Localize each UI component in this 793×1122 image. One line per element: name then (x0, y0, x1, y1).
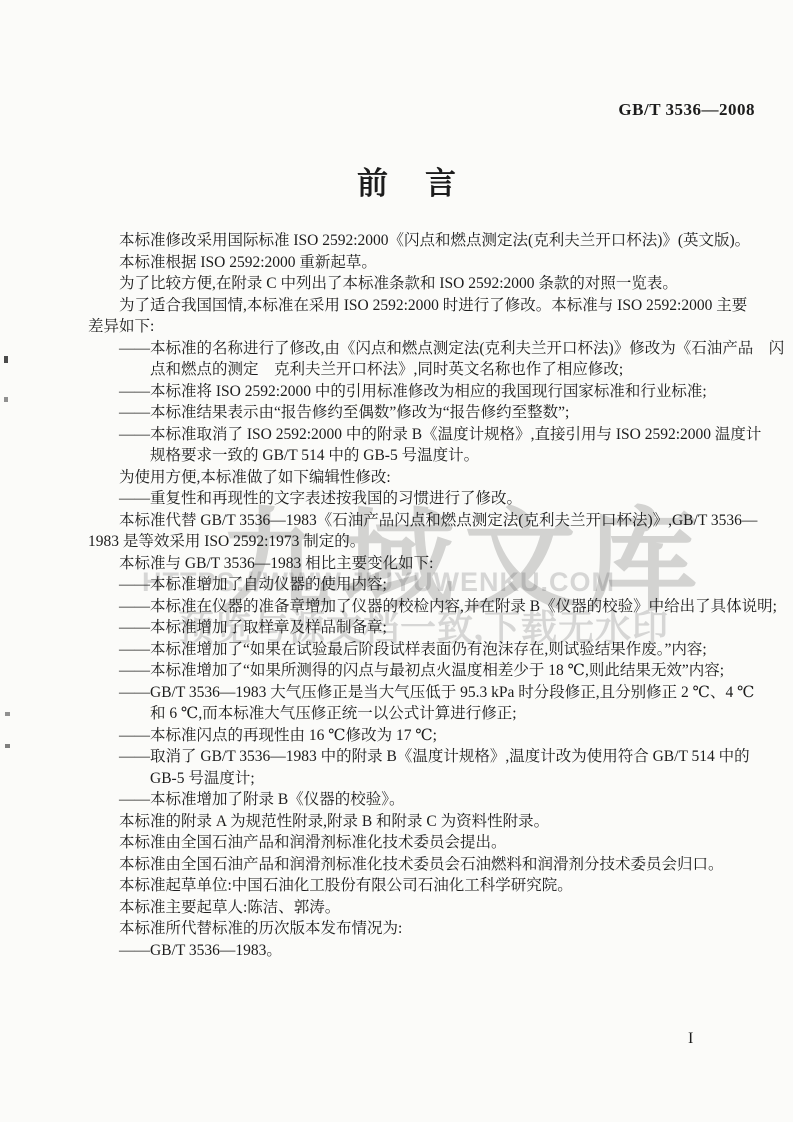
body-line: ——本标准结果表示由“报告修约至偶数”修改为“报告修约至整数”; (88, 402, 730, 424)
body-line: 本标准修改采用国际标准 ISO 2592:2000《闪点和燃点测定法(克利夫兰开… (88, 230, 730, 252)
body-line: 本标准由全国石油产品和润滑剂标准化技术委员会石油燃料和润滑剂分技术委员会归口。 (88, 854, 730, 876)
body-line: 1983 是等效采用 ISO 2592:1973 制定的。 (88, 531, 730, 553)
body-line: ——GB/T 3536—1983。 (88, 940, 730, 962)
body-line: 为了适合我国国情,本标准在采用 ISO 2592:2000 时进行了修改。本标准… (88, 295, 730, 317)
body-line: 本标准主要起草人:陈洁、郭涛。 (88, 897, 730, 919)
body-line: ——本标准增加了附录 B《仪器的校验》。 (88, 789, 730, 811)
body-line: 本标准由全国石油产品和润滑剂标准化技术委员会提出。 (88, 832, 730, 854)
foreword-body: 本标准修改采用国际标准 ISO 2592:2000《闪点和燃点测定法(克利夫兰开… (88, 230, 730, 961)
body-line: 本标准与 GB/T 3536—1983 相比主要变化如下: (88, 553, 730, 575)
body-line: 和 6 ℃,而本标准大气压修正统一以公式计算进行修正; (88, 703, 730, 725)
body-line: ——本标准在仪器的准备章增加了仪器的校检内容,并在附录 B《仪器的校验》中给出了… (88, 596, 730, 618)
body-line: ——重复性和再现性的文字表述按我国的习惯进行了修改。 (88, 488, 730, 510)
scan-artifact (4, 397, 8, 402)
body-line: ——本标准将 ISO 2592:2000 中的引用标准修改为相应的我国现行国家标… (88, 381, 730, 403)
body-line: GB-5 号温度计; (88, 768, 730, 790)
body-line: 为使用方便,本标准做了如下编辑性修改: (88, 467, 730, 489)
standard-number: GB/T 3536—2008 (618, 100, 755, 120)
body-line: 本标准所代替标准的历次版本发布情况为: (88, 918, 730, 940)
document-page: GB/T 3536—2008 前 言 九域文库 HTTPS://WWW.JIUY… (0, 0, 793, 1122)
body-line: 点和燃点的测定 克利夫兰开口杯法》,同时英文名称也作了相应修改; (88, 359, 730, 381)
body-line: ——本标准增加了取样章及样品制备章; (88, 617, 730, 639)
scan-artifact (4, 356, 8, 363)
body-line: 本标准的附录 A 为规范性附录,附录 B 和附录 C 为资料性附录。 (88, 811, 730, 833)
scan-artifact (5, 712, 10, 716)
body-line: ——取消了 GB/T 3536—1983 中的附录 B《温度计规格》,温度计改为… (88, 746, 730, 768)
body-line: 本标准根据 ISO 2592:2000 重新起草。 (88, 252, 730, 274)
body-line: ——本标准的名称进行了修改,由《闪点和燃点测定法(克利夫兰开口杯法)》修改为《石… (88, 338, 730, 360)
body-line: ——本标准增加了“如果所测得的闪点与最初点火温度相差少于 18 ℃,则此结果无效… (88, 660, 730, 682)
body-line: ——本标准增加了自动仪器的使用内容; (88, 574, 730, 596)
body-line: 差异如下: (88, 316, 730, 338)
scan-artifact (5, 744, 10, 748)
body-line: ——GB/T 3536—1983 大气压修正是当大气压低于 95.3 kPa 时… (88, 682, 730, 704)
foreword-title: 前 言 (88, 158, 728, 203)
body-line: ——本标准增加了“如果在试验最后阶段试样表面仍有泡沫存在,则试验结果作废。”内容… (88, 639, 730, 661)
body-line: 规格要求一致的 GB/T 514 中的 GB-5 号温度计。 (88, 445, 730, 467)
body-line: 本标准代替 GB/T 3536—1983《石油产品闪点和燃点测定法(克利夫兰开口… (88, 510, 730, 532)
body-line: ——本标准取消了 ISO 2592:2000 中的附录 B《温度计规格》,直接引… (88, 424, 730, 446)
body-line: 为了比较方便,在附录 C 中列出了本标准条款和 ISO 2592:2000 条款… (88, 273, 730, 295)
page-number: I (688, 1030, 693, 1048)
body-line: 本标准起草单位:中国石油化工股份有限公司石油化工科学研究院。 (88, 875, 730, 897)
body-line: ——本标准闪点的再现性由 16 ℃修改为 17 ℃; (88, 725, 730, 747)
